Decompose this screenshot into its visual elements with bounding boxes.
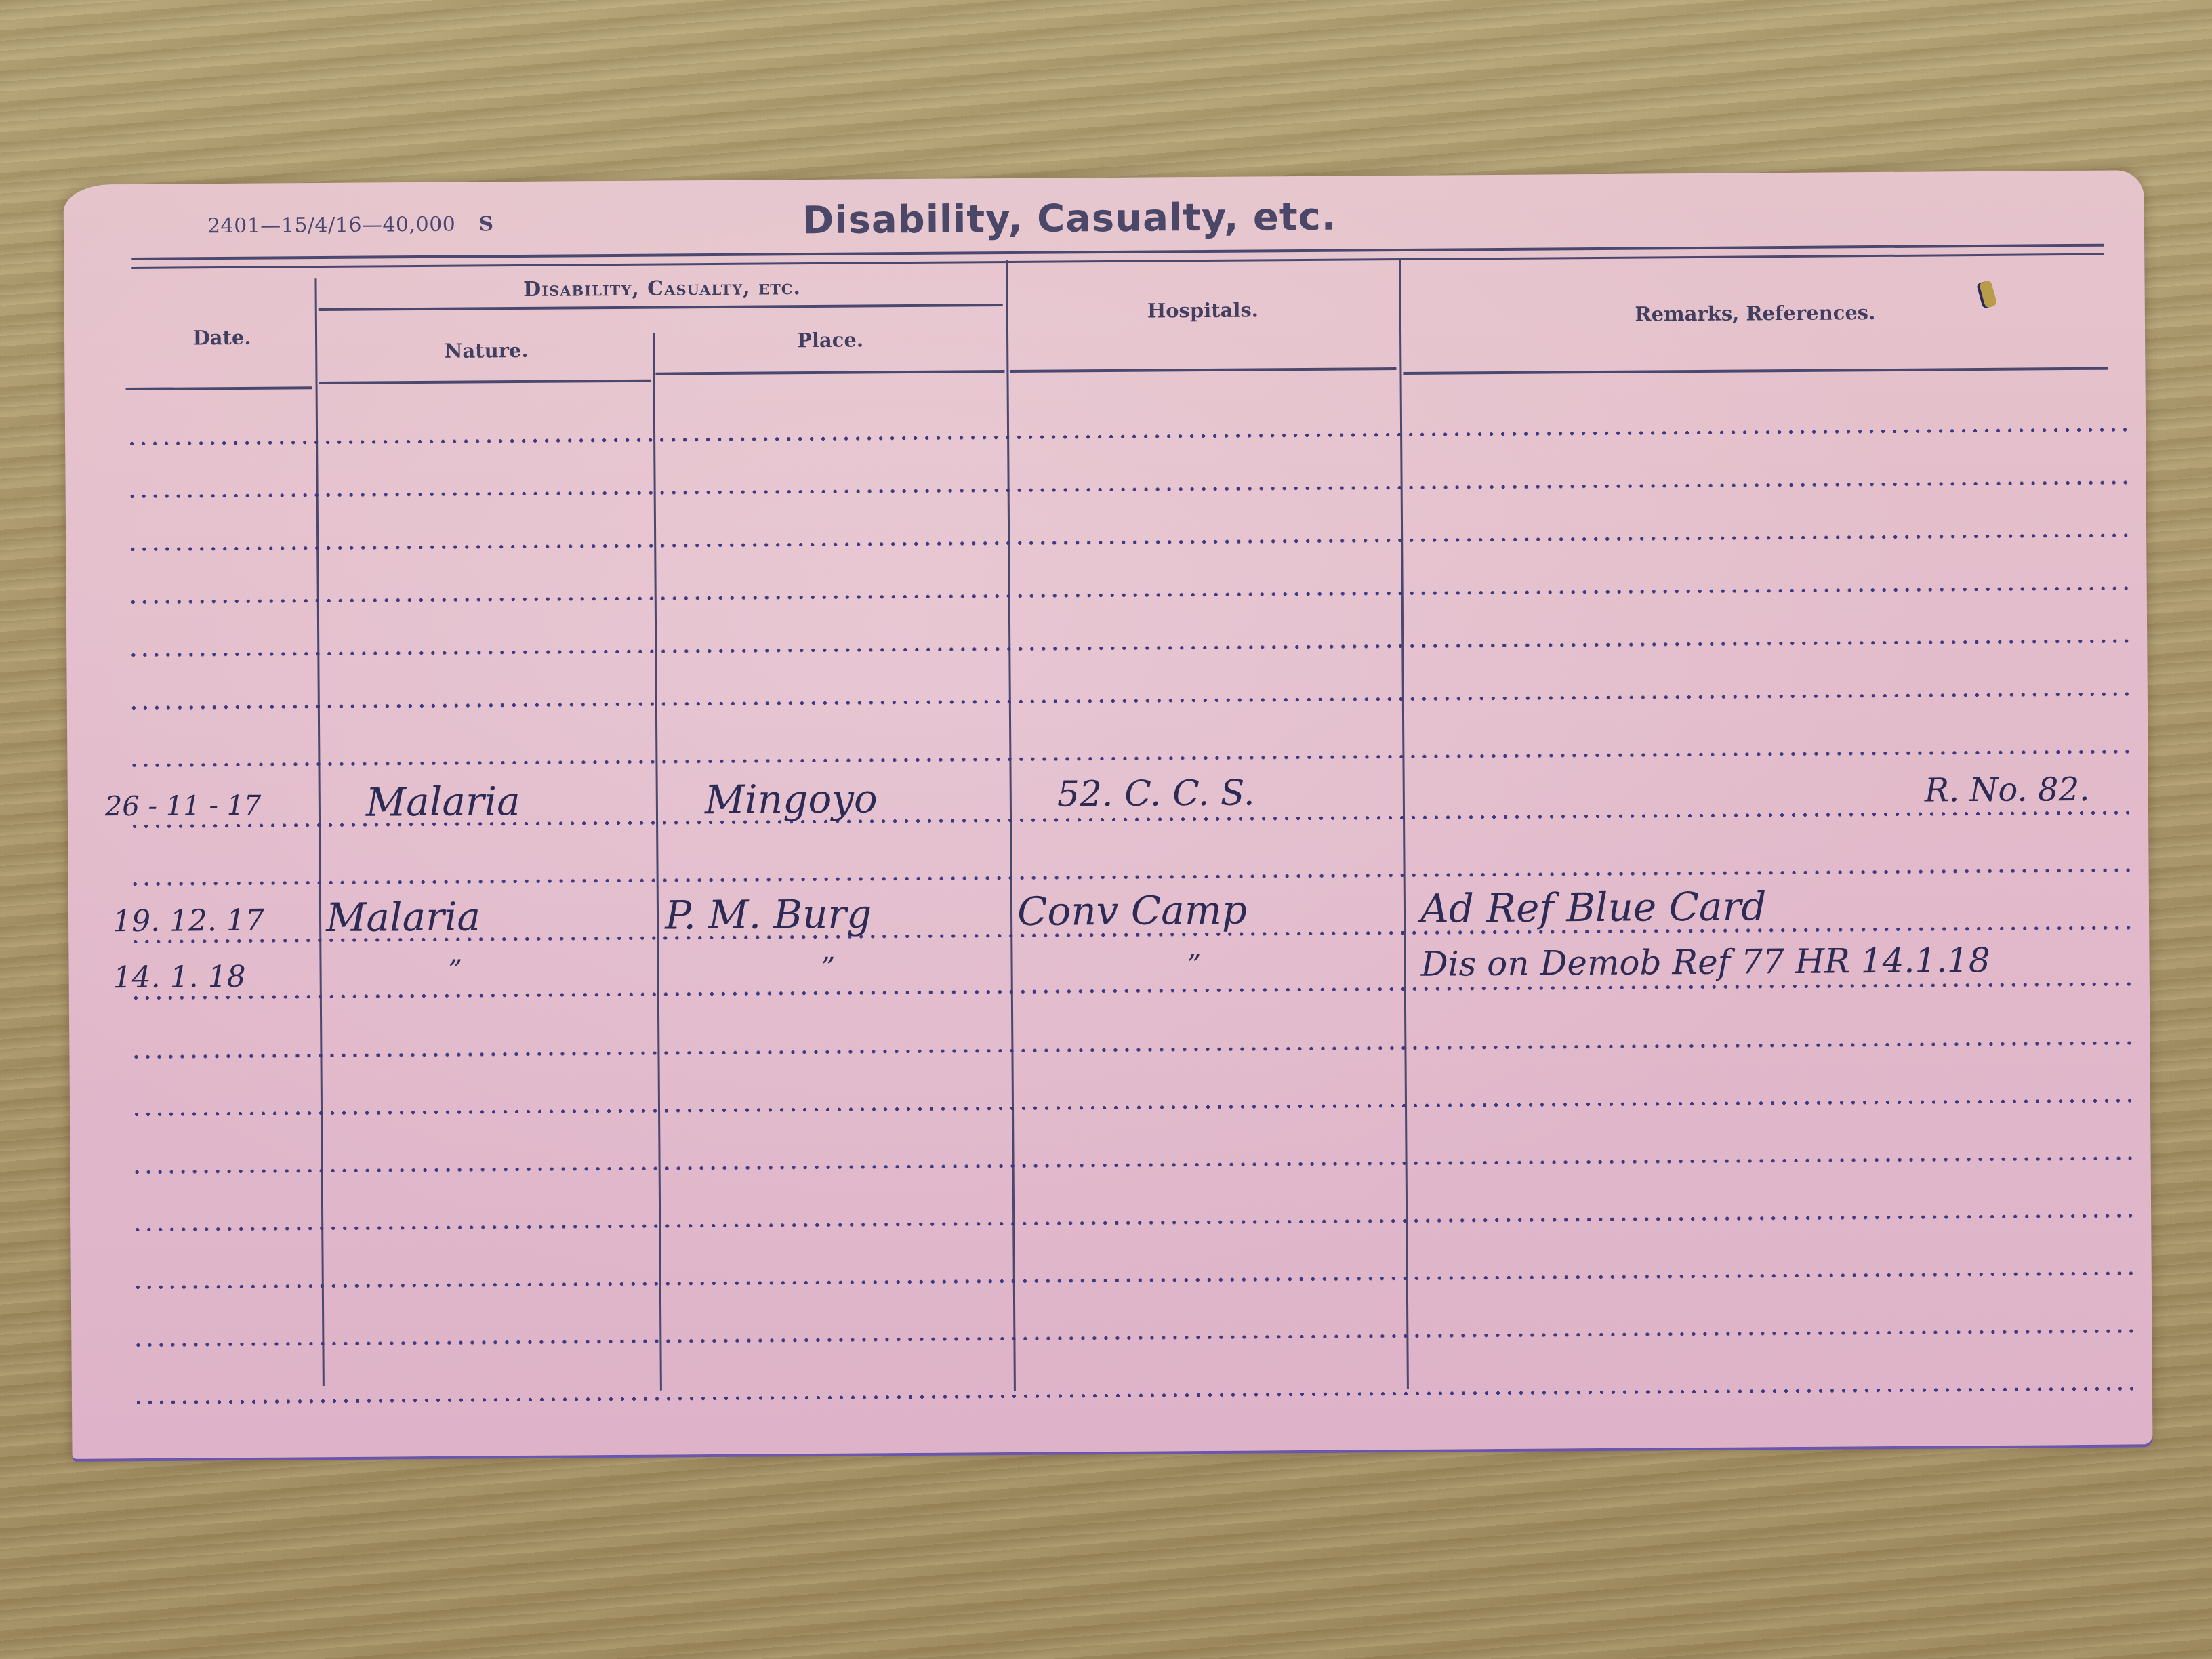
dotted-line: [133, 1387, 2139, 1404]
place-header-rule: [655, 370, 1004, 375]
entry-row: 19. 12. 17 Malaria P. M. Burg Conv Camp …: [63, 170, 2144, 184]
entry-date: 14. 1. 18: [112, 960, 245, 995]
header-place: Place.: [657, 327, 1003, 353]
dotted-line: [128, 750, 2134, 767]
divider-date-nature: [314, 278, 324, 1386]
dotted-line: [131, 1099, 2137, 1116]
dotted-line: [127, 480, 2133, 498]
header-hospitals: Hospitals.: [1010, 298, 1396, 323]
entry-nature: Malaria: [366, 778, 520, 825]
dotted-line: [127, 639, 2133, 657]
casualty-record-card: 2401—15/4/16—40,000S Disability, Casualt…: [63, 170, 2152, 1458]
dotted-line: [131, 1156, 2137, 1174]
entry-remarks: R. No. 82.: [1925, 771, 2090, 810]
entry-hospital: 52. C. C. S.: [1057, 773, 1255, 815]
form-code-number: 2401—15/4/16—40,000: [207, 213, 456, 239]
header-nature: Nature.: [322, 338, 651, 363]
dotted-line: [128, 692, 2134, 710]
group-header-rule: [319, 304, 1003, 311]
entry-hospital-ditto: ”: [1187, 949, 1201, 981]
date-header-rule: [126, 386, 312, 390]
entry-nature-ditto: ”: [448, 955, 462, 986]
entry-remarks: Ad Ref Blue Card: [1420, 883, 1767, 932]
dotted-line-entry-3: [130, 982, 2136, 1000]
dotted-line: [127, 586, 2133, 604]
dotted-line: [132, 1329, 2138, 1347]
header-disability-group: Disability, Casualty, etc.: [321, 274, 1002, 303]
nature-header-rule: [319, 380, 651, 384]
title-double-rule: [131, 244, 2104, 269]
dotted-line: [131, 1214, 2137, 1231]
dotted-line: [130, 1041, 2136, 1059]
entry-place-ditto: ”: [821, 952, 835, 983]
header-remarks: Remarks, References.: [1403, 300, 2108, 327]
entry-row: 26 - 11 - 17 Malaria Mingoyo 52. C. C. S…: [63, 170, 2144, 184]
dotted-line: [132, 1271, 2138, 1289]
form-series: S: [478, 212, 493, 236]
entry-date: 26 - 11 - 17: [105, 790, 262, 823]
dotted-line: [129, 868, 2135, 886]
entry-row: 14. 1. 18 ” ” ” Dis on Demob Ref 77 HR 1…: [63, 170, 2144, 184]
form-code: 2401—15/4/16—40,000S: [207, 212, 494, 238]
card-title: Disability, Casualty, etc.: [802, 195, 1337, 243]
entry-place: P. M. Burg: [665, 890, 872, 938]
entry-place: Mingoyo: [705, 775, 878, 823]
entry-hospital: Conv Camp: [1017, 887, 1247, 935]
dotted-line: [127, 533, 2133, 551]
entry-date: 19. 12. 17: [112, 903, 264, 939]
entry-nature: Malaria: [326, 893, 480, 941]
remarks-header-rule: [1403, 367, 2108, 375]
header-date: Date.: [132, 325, 312, 350]
entry-remarks: Dis on Demob Ref 77 HR 14.1.18: [1420, 941, 1990, 984]
dotted-line: [126, 428, 2132, 445]
hospitals-header-rule: [1010, 367, 1396, 373]
